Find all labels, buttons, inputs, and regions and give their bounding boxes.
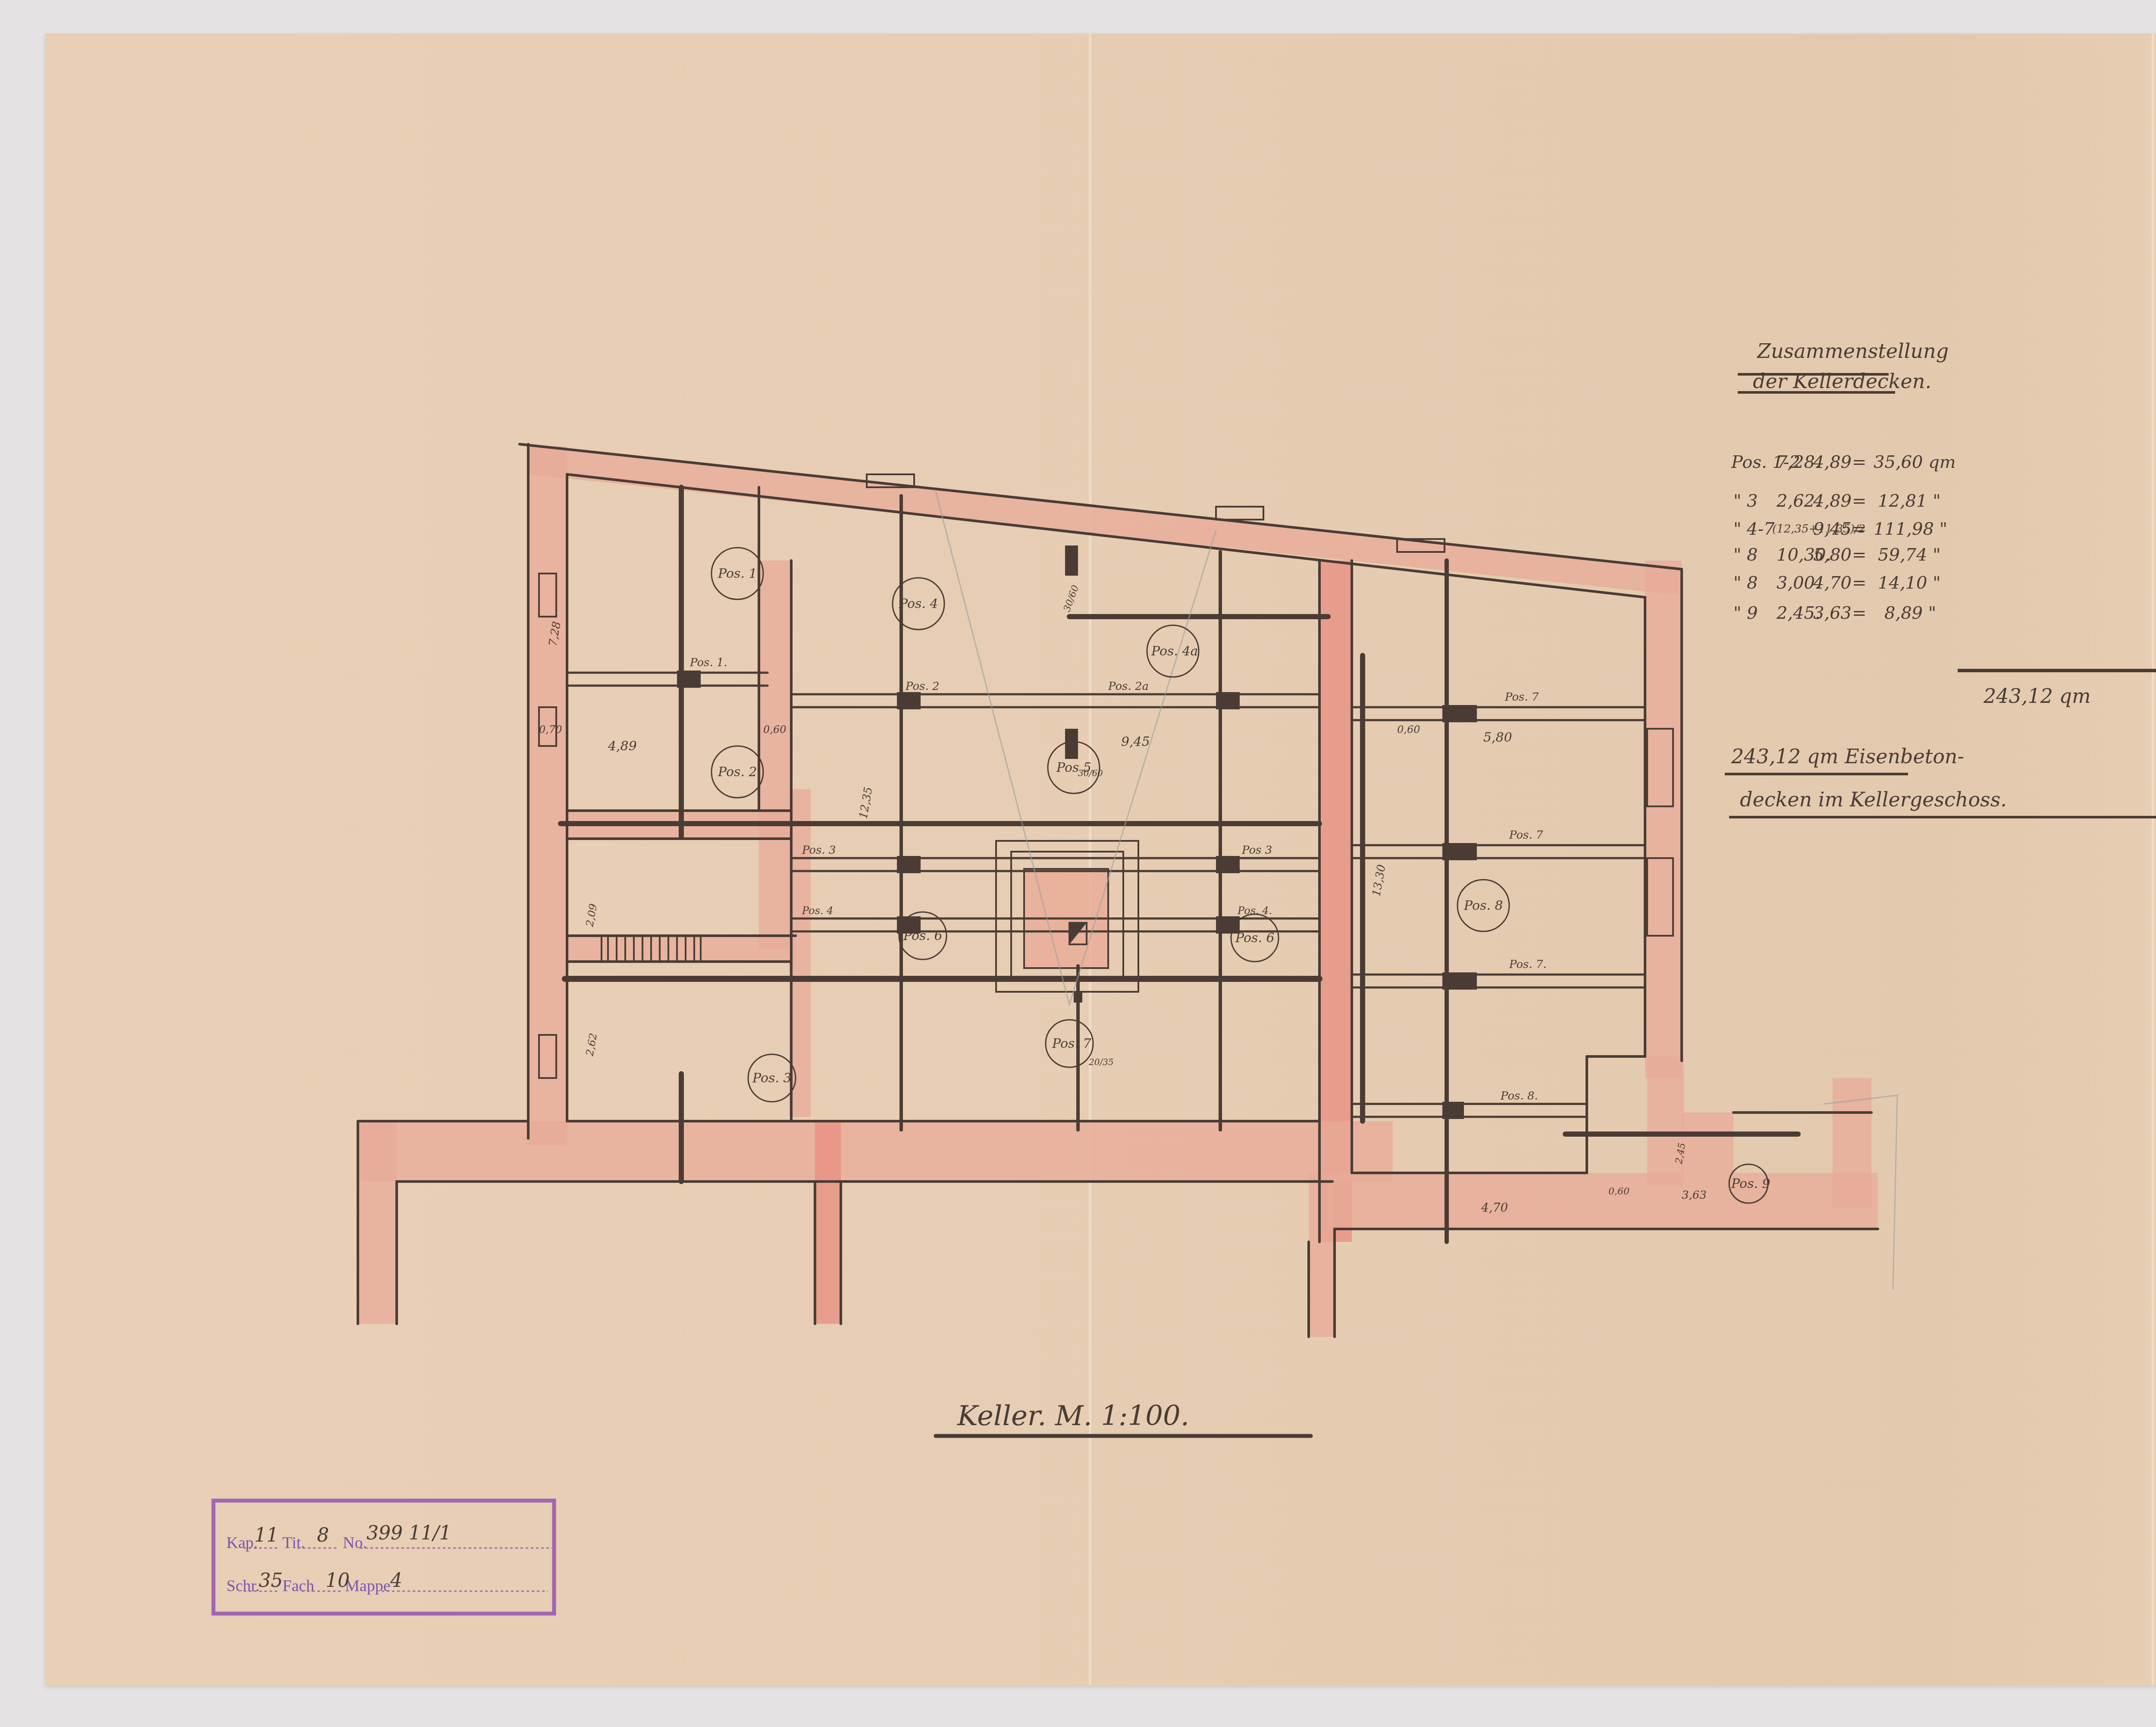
svg-text:3,63: 3,63	[1813, 603, 1852, 623]
svg-text:4,70: 4,70	[1481, 1200, 1508, 1215]
svg-text:=: =	[1852, 603, 1867, 623]
svg-text:Pos. 2: Pos. 2	[905, 680, 940, 693]
summary-total: 243,12 qm	[1983, 684, 2091, 708]
pos-4-label: Pos. 4	[899, 596, 938, 611]
svg-text:13,30: 13,30	[1370, 864, 1388, 898]
svg-text:Pos. 3: Pos. 3	[802, 844, 836, 857]
svg-text:30/60: 30/60	[1078, 768, 1103, 778]
svg-text:5,80: 5,80	[1483, 730, 1512, 745]
pos-8-label: Pos. 8	[1463, 898, 1503, 913]
svg-text:59,74 ": 59,74 "	[1878, 545, 1941, 565]
pos-7-label: Pos. 7	[1052, 1036, 1091, 1051]
pos-4a-label: Pos. 4a	[1151, 644, 1198, 659]
svg-text:9,45: 9,45	[1813, 519, 1852, 539]
pos-3-label: Pos. 3	[752, 1071, 792, 1086]
svg-text:=: =	[1852, 519, 1867, 539]
svg-text:0,60: 0,60	[1397, 724, 1420, 736]
svg-text:12,81 ": 12,81 "	[1878, 491, 1941, 511]
scanned-sheet: Pos. 1. Pos. 2 Pos. 3 Pos. 4 Pos. 4a Pos…	[0, 0, 2156, 1727]
summary-heading-1: Zusammenstellung	[1756, 339, 1949, 363]
svg-text:4,89: 4,89	[1813, 491, 1852, 511]
svg-text:Pos. 1.: Pos. 1.	[689, 656, 727, 669]
svg-text:" 9: " 9	[1733, 603, 1758, 623]
svg-text:11: 11	[254, 1524, 279, 1546]
pos-6-left-label: Pos. 6	[903, 928, 943, 943]
svg-text:12,35: 12,35	[857, 786, 875, 820]
summary-note-2: decken im Kellergeschoss.	[1740, 788, 2007, 811]
svg-text:Pos 3: Pos 3	[1241, 844, 1272, 857]
svg-text:30/60: 30/60	[1062, 584, 1081, 613]
walls	[358, 446, 1878, 1337]
svg-text:8,89 ": 8,89 "	[1884, 603, 1936, 623]
svg-text:=: =	[1852, 545, 1867, 565]
svg-text:Pos. 4.: Pos. 4.	[1237, 905, 1272, 917]
svg-text:3,63: 3,63	[1682, 1189, 1707, 1202]
svg-text:=: =	[1852, 452, 1867, 472]
svg-text:Mappe: Mappe	[345, 1577, 391, 1595]
svg-text:Fach: Fach	[282, 1577, 314, 1595]
svg-text:4,89: 4,89	[1813, 452, 1852, 472]
svg-text:Pos. 7: Pos. 7	[1504, 691, 1539, 704]
svg-text:Pos. 4: Pos. 4	[802, 905, 833, 917]
svg-text:9,45: 9,45	[1121, 734, 1150, 749]
floor-plan	[358, 444, 1897, 1337]
summary-heading-2: der Kellerdecken.	[1753, 370, 1931, 393]
svg-text:Pos. 7.: Pos. 7.	[1509, 958, 1547, 971]
pos-9-label: Pos. 9	[1731, 1176, 1771, 1191]
svg-text:10: 10	[326, 1570, 350, 1592]
svg-text:5,80: 5,80	[1813, 545, 1852, 565]
staircase	[602, 936, 701, 962]
archive-stamp: Kap. Tit. No. Schr. Fach Mappe 11 8 399 …	[213, 1501, 554, 1614]
svg-text:0,70: 0,70	[539, 724, 562, 736]
svg-text:4,70: 4,70	[1813, 573, 1852, 593]
svg-text:Tit.: Tit.	[282, 1534, 305, 1552]
summary-table: Zusammenstellung der Kellerdecken. Pos. …	[1725, 339, 2156, 817]
svg-text:20/35: 20/35	[1088, 1057, 1114, 1067]
svg-text:Pos. 2a: Pos. 2a	[1108, 680, 1149, 693]
plan-caption: Keller. M. 1:100.	[936, 1400, 1311, 1436]
svg-text:8: 8	[317, 1524, 329, 1546]
svg-text:Pos. 8.: Pos. 8.	[1500, 1090, 1538, 1103]
svg-text:Kap.: Kap.	[226, 1534, 258, 1552]
svg-text:" 3: " 3	[1733, 491, 1758, 511]
svg-text:0,60: 0,60	[763, 724, 786, 736]
summary-note-1: 243,12 qm Eisenbeton-	[1731, 745, 1964, 768]
svg-text:No.: No.	[343, 1534, 367, 1552]
svg-text:" 8: " 8	[1733, 573, 1758, 593]
svg-text:=: =	[1852, 491, 1867, 511]
svg-text:Pos. 7: Pos. 7	[1509, 829, 1543, 842]
svg-text:Schr.: Schr.	[226, 1577, 260, 1595]
svg-text:399 11/1: 399 11/1	[367, 1522, 451, 1544]
svg-text:35: 35	[259, 1570, 283, 1592]
svg-text:=: =	[1852, 573, 1867, 593]
svg-text:14,10 ": 14,10 "	[1878, 573, 1941, 593]
svg-text:" 8: " 8	[1733, 545, 1758, 565]
svg-text:111,98 ": 111,98 "	[1874, 519, 1947, 539]
pos-2-label: Pos. 2	[718, 765, 757, 780]
svg-text:35,60 qm: 35,60 qm	[1874, 452, 1956, 472]
plan-caption-text: Keller. M. 1:100.	[957, 1400, 1189, 1432]
pos-6-right-label: Pos. 6	[1235, 931, 1275, 946]
pos-1-label: Pos. 1.	[718, 566, 761, 581]
summary-rows: Pos. 1-2 7,28. 4,89 = 35,60 qm " 3 2,62.…	[1731, 452, 1956, 623]
drawing-canvas: Pos. 1. Pos. 2 Pos. 3 Pos. 4 Pos. 4a Pos…	[0, 0, 2156, 1727]
svg-text:2,62: 2,62	[583, 1032, 599, 1057]
svg-text:2,09: 2,09	[583, 903, 599, 928]
svg-text:0,60: 0,60	[1608, 1186, 1630, 1197]
svg-text:" 4-7: " 4-7	[1733, 519, 1775, 539]
svg-text:4,89: 4,89	[608, 739, 637, 754]
svg-text:4: 4	[390, 1570, 402, 1592]
